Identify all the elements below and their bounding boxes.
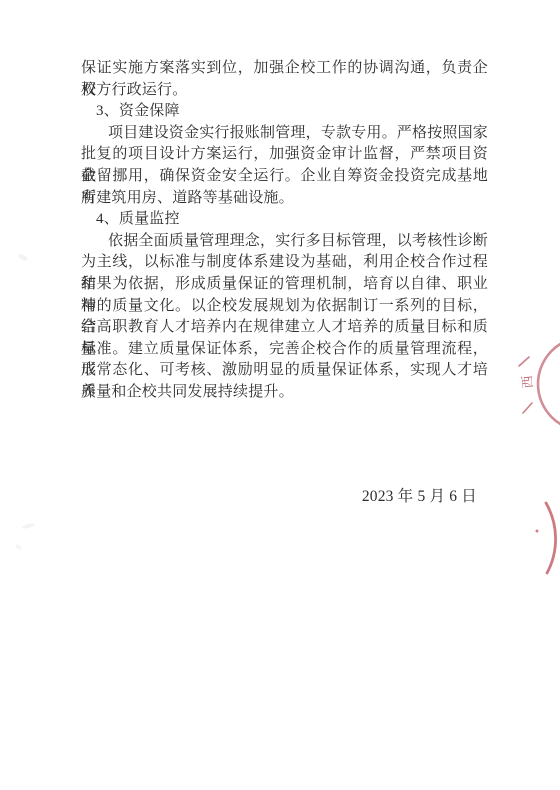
text-line: 神的质量文化。以企校发展规划为依据制订一系列的目标，结	[81, 296, 488, 318]
upper-seal-mark	[523, 403, 532, 413]
text-line: 成常态化、可考核、激励明显的质量保证体系，实现人才培养	[81, 360, 488, 382]
text-line: 有建筑用房、道路等基础设施。	[81, 188, 488, 210]
section-heading: 3、资金保障	[81, 101, 488, 123]
text-line: 批复的项目设计方案运行，加强资金审计监督，严禁项目资金	[81, 144, 488, 166]
text-line: 截留挪用，确保资金安全运行。企业自筹资金投资完成基地所	[81, 166, 488, 188]
text-line: 标准。建立质量保证体系，完善企校合作的质量管理流程，形	[81, 339, 488, 361]
upper-seal-character: 西	[519, 375, 535, 389]
text-line: 保证实施方案落实到位，加强企校工作的协调沟通，负责企校	[81, 58, 488, 80]
scan-noise-speck	[15, 543, 23, 551]
scan-noise-speck	[17, 253, 28, 262]
upper-seal-mark	[519, 357, 529, 366]
document-body: 保证实施方案落实到位，加强企校工作的协调沟通，负责企校 双方行政运行。 3、资金…	[81, 58, 488, 507]
text-line: 为主线，以标准与制度体系建设为基础，利用企校合作过程和	[81, 252, 488, 274]
text-line: 双方行政运行。	[81, 80, 488, 102]
text-line: 项目建设资金实行报账制管理，专款专用。严格按照国家	[81, 123, 488, 145]
text-line: 质量和企校共同发展持续提升。	[81, 382, 488, 404]
upper-seal-arc	[538, 337, 560, 431]
text-line: 合高职教育人才培养内在规律建立人才培养的质量目标和质量	[81, 317, 488, 339]
section-heading: 4、质量监控	[81, 209, 488, 231]
lower-seal-dot	[536, 530, 539, 533]
date-line: 2023 年 5 月 6 日	[81, 486, 488, 508]
text-line: 结果为依据，形成质量保证的管理机制，培育以自律、职业精	[81, 274, 488, 296]
text-line: 依据全面质量管理理念，实行多目标管理，以考核性诊断	[81, 231, 488, 253]
scan-noise-speck	[22, 522, 36, 529]
document-page: 保证实施方案落实到位，加强企校工作的协调沟通，负责企校 双方行政运行。 3、资金…	[0, 0, 560, 790]
lower-seal-arc	[546, 503, 556, 573]
